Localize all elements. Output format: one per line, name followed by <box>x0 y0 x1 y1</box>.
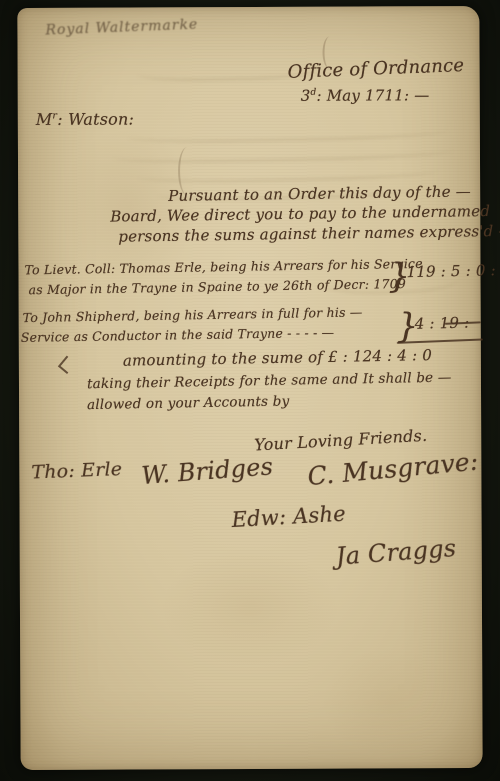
signature-ja-craggs: Ja Craggs <box>335 534 457 571</box>
stain <box>320 646 460 757</box>
show-through-mark <box>128 121 448 144</box>
signature-tho-erle: Tho: Erle <box>31 458 123 484</box>
entry1-line-2: as Major in the Trayne in Spaine to ye 2… <box>28 276 406 297</box>
entry2-line-2: Service as Conductor in the said Trayne … <box>21 325 335 345</box>
body-line-1: Pursuant to an Order this day of the — <box>168 182 471 204</box>
office-heading: Office of Ordnance <box>287 55 464 83</box>
total-line: amounting to the sume of £ : 124 : 4 : 0 <box>123 346 432 370</box>
photograph-of-document: { "pencil_note": "Royal Waltermarke", "h… <box>0 0 500 781</box>
signature-edw-ashe: Edw: Ashe <box>231 502 346 532</box>
body-line-3: persons the sums against their names exp… <box>118 222 500 246</box>
document-paper: Royal Waltermarke Office of Ordnance 3d:… <box>17 6 482 770</box>
stain <box>160 547 341 668</box>
receipts-line: taking their Receipts for the same and I… <box>87 370 452 393</box>
signature-w-bridges: W. Bridges <box>141 452 274 490</box>
pencil-inscription: Royal Waltermarke <box>45 17 198 39</box>
entry1-amount: 119 : 5 : 0 : <box>406 261 496 281</box>
closing-phrase: Your Loving Friends. <box>254 426 428 455</box>
date-day: 3 <box>301 87 311 105</box>
date-line: 3d: May 1711: — <box>301 86 430 105</box>
check-mark <box>58 356 76 374</box>
salutation-initial: M <box>36 110 53 129</box>
show-through-mark <box>138 162 438 185</box>
entry2-line-1: To John Shipherd, being his Arrears in f… <box>23 304 363 325</box>
allowed-line: allowed on your Accounts by <box>87 393 290 413</box>
entry1-line-1: To Lievt. Coll: Thomas Erle, being his A… <box>24 256 422 278</box>
date-rest: : May 1711: — <box>316 86 429 104</box>
signature-musgrave: C. Musgrave: <box>306 447 479 492</box>
salutation: Mr: Watson: <box>36 110 134 129</box>
salutation-rest: : Watson: <box>57 110 134 129</box>
show-through-mark <box>113 141 453 164</box>
